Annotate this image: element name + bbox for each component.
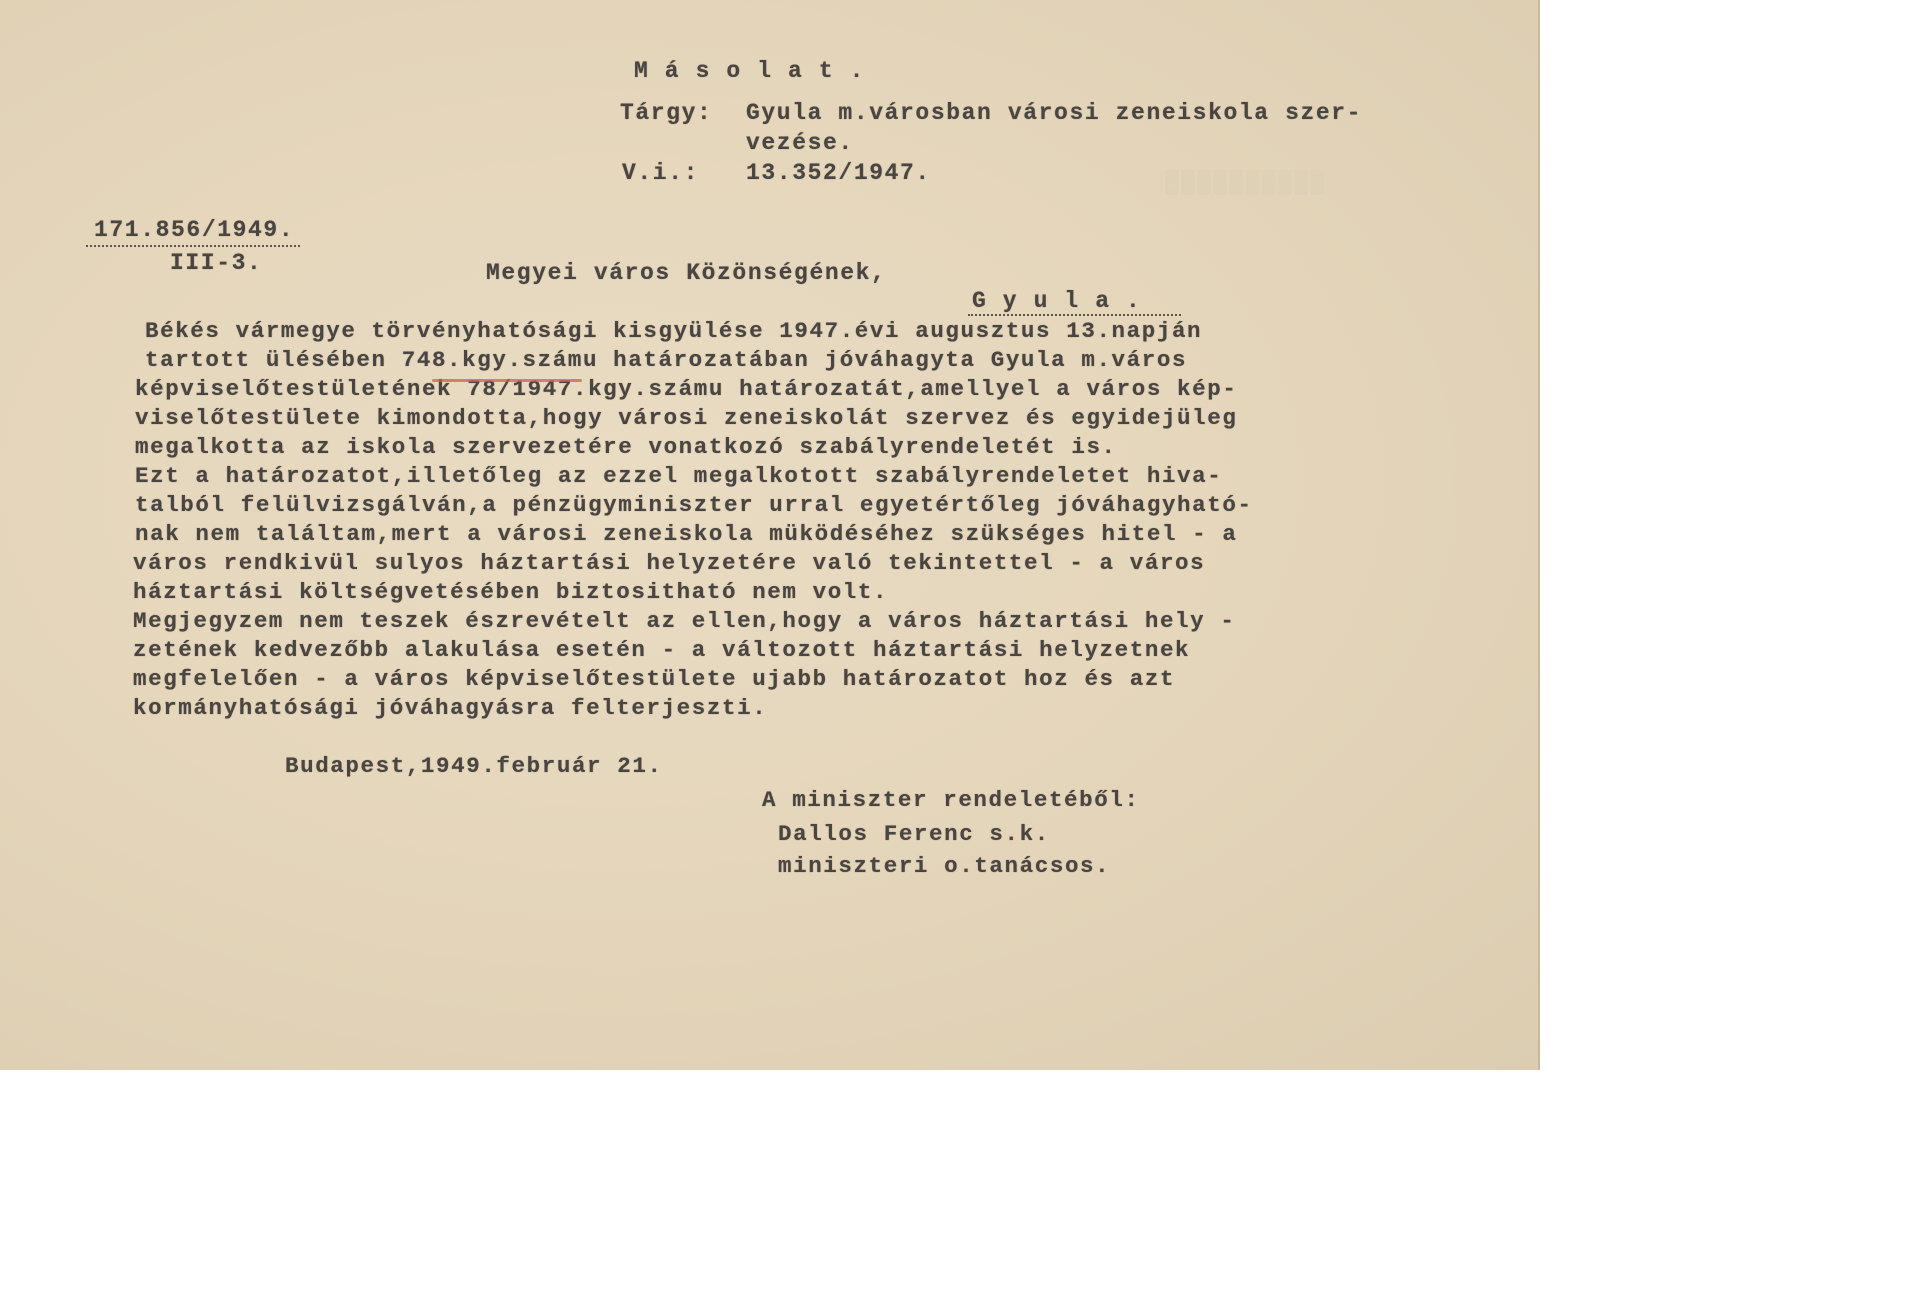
body-line: tartott ülésében 748.kgy.számu határozat…: [145, 346, 1263, 375]
signature-line-2: Dallos Ferenc s.k.: [778, 820, 1050, 849]
red-pencil-underline: [432, 379, 582, 382]
body-line: Békés vármegye törvényhatósági kisgyülés…: [145, 317, 1263, 346]
addressee: Megyei város Közönségének,: [486, 260, 886, 286]
subject-line-1: Gyula m.városban városi zeneiskola szer-: [746, 100, 1362, 126]
body-line: zetének kedvezőbb alakulása esetén - a v…: [133, 636, 1251, 665]
reference-label: V.i.:: [622, 160, 699, 186]
reference-number: 13.352/1947.: [746, 160, 931, 186]
signature-line-3: miniszteri o.tanácsos.: [778, 852, 1110, 881]
subject-line-2: vezése.: [746, 130, 854, 156]
body-line: város rendkivül sulyos háztartási helyze…: [133, 549, 1251, 578]
body-line: háztartási költségvetésében biztositható…: [133, 578, 1251, 607]
body-text: Békés vármegye törvényhatósági kisgyülés…: [145, 317, 1263, 723]
body-line: megfelelően - a város képviselőtestülete…: [133, 665, 1251, 694]
signature-line-1: A miniszter rendeletéből:: [762, 786, 1140, 815]
body-line: nak nem találtam,mert a városi zeneiskol…: [135, 520, 1253, 549]
body-line: kormányhatósági jóváhagyásra felterjeszt…: [133, 694, 1251, 723]
body-line: talból felülvizsgálván,a pénzügyminiszte…: [135, 491, 1253, 520]
place-date: Budapest,1949.február 21.: [285, 752, 663, 781]
file-department: III-3.: [170, 250, 262, 276]
faded-stamp: ▓▓▓▓▓▓▓▓▓▓: [1165, 170, 1327, 195]
body-line: Ezt a határozatot,illetőleg az ezzel meg…: [135, 462, 1253, 491]
file-number: 171.856/1949.: [86, 217, 300, 247]
body-line: megalkotta az iskola szervezetére vonatk…: [135, 433, 1253, 462]
body-line: viselőtestülete kimondotta,hogy városi z…: [135, 404, 1253, 433]
addressee-city: G y u l a .: [968, 288, 1181, 316]
copy-heading: M á s o l a t .: [634, 58, 865, 84]
paper-document: ▓▓▓▓▓▓▓▓▓▓ M á s o l a t . Tárgy: Gyula …: [0, 0, 1540, 1070]
body-line: Megjegyzem nem teszek észrevételt az ell…: [133, 607, 1251, 636]
body-line: képviselőtestületének 78/1947.kgy.számu …: [135, 375, 1253, 404]
subject-label: Tárgy:: [620, 100, 712, 126]
